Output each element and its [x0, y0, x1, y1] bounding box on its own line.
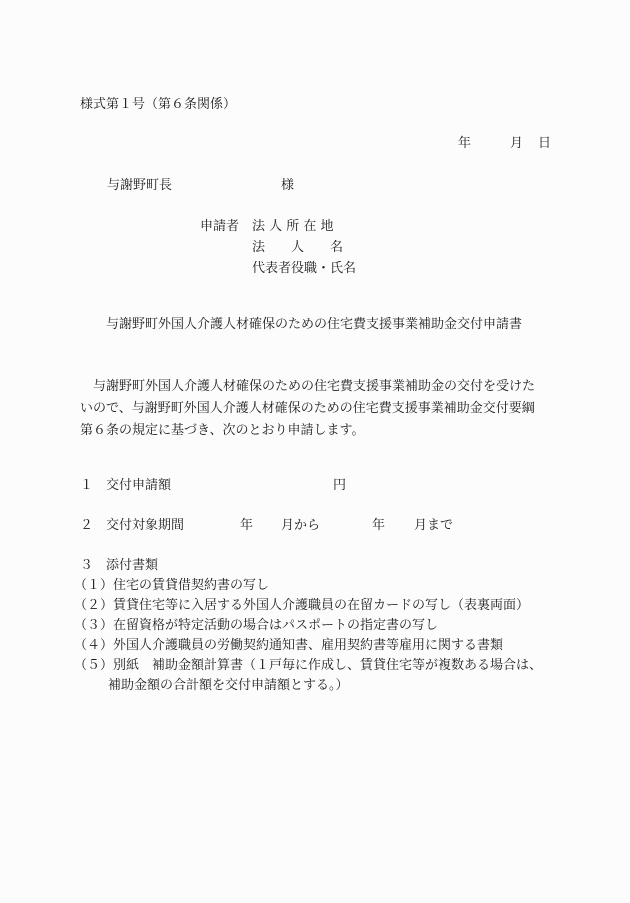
item-label: 添付書類 — [106, 558, 158, 573]
date-line: 年月日 — [458, 134, 551, 154]
addressee-honorific: 様 — [281, 176, 294, 196]
period-to-year: 年 — [372, 516, 385, 536]
document-title: 与謝野町外国人介護人材確保のための住宅費支援事業補助金交付申請書 — [106, 315, 522, 335]
body-line: 第６条の規定に基づき、次のとおり申請します。 — [80, 420, 560, 442]
body-paragraph: 与謝野町外国人介護人材確保のための住宅費支援事業補助金の交付を受けた いので、与… — [80, 376, 560, 442]
attachment-item: （３）在留資格が特定活動の場合はパスポートの指定書の写し — [74, 616, 542, 636]
attachment-item: （５）別紙 補助金額計算書（１戸毎に作成し、賃貸住宅等が複数ある場合は、 — [74, 656, 542, 676]
applicant-label: 申請者 — [200, 217, 239, 237]
addressee-name: 与謝野町長 — [107, 178, 172, 193]
item-number: ２ — [80, 516, 106, 536]
item-label: 交付申請額 — [106, 478, 171, 493]
applicant-field-address: 法 人 所 在 地 — [252, 217, 356, 238]
item-attachments-heading: ３添付書類 — [80, 556, 158, 576]
applicant-field-representative: 代表者役職・氏名 — [252, 259, 356, 280]
body-line: 与謝野町外国人介護人材確保のための住宅費支援事業補助金の交付を受けた — [80, 376, 560, 398]
date-month-label: 月 — [510, 134, 538, 154]
attachments-list: （１）住宅の賃貸借契約書の写し （２）賃貸住宅等に入居する外国人介護職員の在留カ… — [74, 576, 542, 696]
item-label: 交付対象期間 — [106, 518, 184, 533]
attachment-item: （１）住宅の賃貸借契約書の写し — [74, 576, 542, 596]
item-number: １ — [80, 476, 106, 496]
form-number: 様式第１号（第６条関係） — [80, 95, 236, 115]
attachment-item: （２）賃貸住宅等に入居する外国人介護職員の在留カードの写し（表裏両面） — [74, 596, 542, 616]
item-target-period: ２交付対象期間 年 月から 年 月まで — [80, 516, 184, 536]
attachment-item: （４）外国人介護職員の労働契約通知書、雇用契約書等雇用に関する書類 — [74, 636, 542, 656]
applicant-field-corp-name: 法 人 名 — [252, 238, 356, 259]
period-from-month: 月から — [281, 516, 320, 536]
date-year-label: 年 — [458, 134, 510, 154]
item-number: ３ — [80, 556, 106, 576]
amount-unit: 円 — [333, 476, 346, 496]
period-from-year: 年 — [240, 516, 253, 536]
date-day-label: 日 — [538, 134, 551, 154]
period-to-month: 月まで — [414, 516, 453, 536]
item-application-amount: １交付申請額 円 — [80, 476, 171, 496]
attachment-item-continuation: 補助金額の合計額を交付申請額とする。） — [74, 676, 542, 696]
body-line: いので、与謝野町外国人介護人材確保のための住宅費支援事業補助金交付要綱 — [80, 398, 560, 420]
applicant-fields: 法 人 所 在 地 法 人 名 代表者役職・氏名 — [252, 217, 356, 280]
addressee: 与謝野町長 様 — [107, 176, 172, 196]
